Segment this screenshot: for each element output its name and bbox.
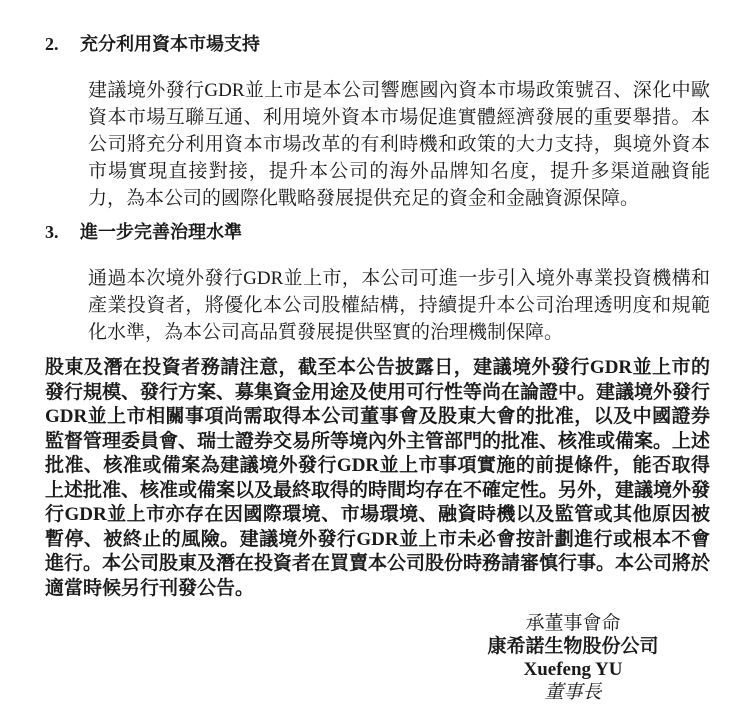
section-3-title: 進一步完善治理水準 (80, 221, 710, 243)
signature-block: 承董事會命 康希諾生物股份公司 Xuefeng YU 董事長 (448, 612, 698, 704)
signature-chairman-title: 董事長 (448, 681, 698, 704)
shareholder-warning-paragraph: 股東及潛在投資者務請注意，截至本公告披露日，建議境外發行GDR並上市的發行規模、… (45, 356, 710, 601)
announcement-page: 2. 充分利用資本市場支持 建議境外發行GDR並上市是本公司響應國內資本市場政策… (0, 0, 750, 707)
section-2-heading: 2. 充分利用資本市場支持 (45, 33, 710, 55)
section-2-body: 建議境外發行GDR並上市是本公司響應國內資本市場政策號召、深化中歐資本市場互聯互… (88, 77, 710, 212)
section-3-body: 通過本次境外發行GDR並上市，本公司可進一步引入境外專業投資機構和產業投資者，將… (88, 265, 710, 346)
section-2: 2. 充分利用資本市場支持 建議境外發行GDR並上市是本公司響應國內資本市場政策… (45, 33, 710, 212)
section-3-heading: 3. 進一步完善治理水準 (45, 221, 710, 243)
section-2-title: 充分利用資本市場支持 (80, 33, 710, 55)
signature-company-name: 康希諾生物股份公司 (448, 635, 698, 658)
section-3: 3. 進一步完善治理水準 通過本次境外發行GDR並上市，本公司可進一步引入境外專… (45, 221, 710, 346)
section-3-number: 3. (45, 221, 80, 243)
section-2-number: 2. (45, 33, 80, 55)
signature-by-order-of-board: 承董事會命 (448, 612, 698, 635)
signature-chairman-name: Xuefeng YU (448, 658, 698, 681)
